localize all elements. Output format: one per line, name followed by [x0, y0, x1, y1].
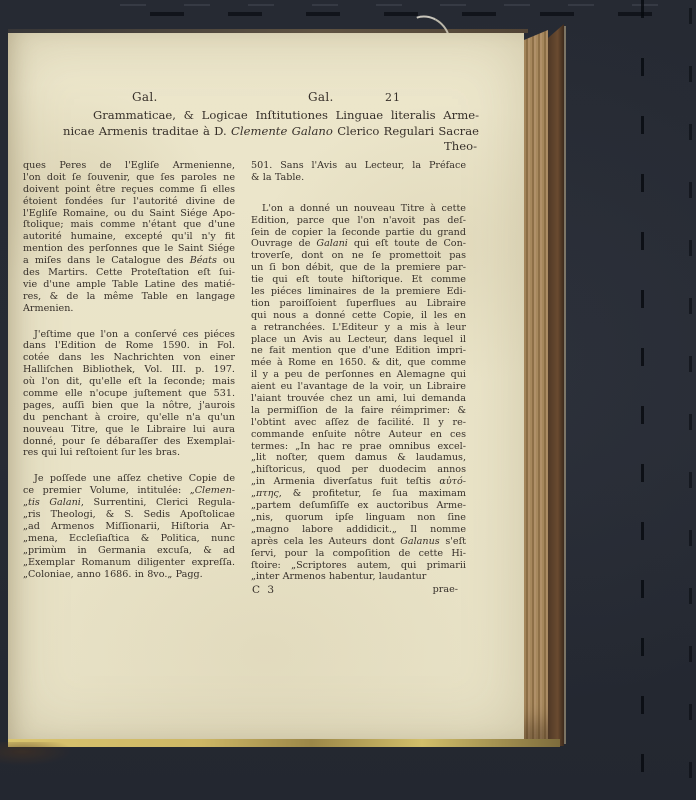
book-cover-edge: [548, 24, 564, 746]
text-line: cotée dans les Nachrichten von einer: [23, 352, 235, 364]
text-line: termes: „In hac re prae omnibus excel-: [251, 441, 466, 453]
film-dash-vertical-outer: [689, 0, 692, 800]
text-line: a retranchées. L'Editeur y a mis à leur: [251, 322, 466, 334]
text-line: qui nous a donné cette Copie, il les en: [251, 310, 466, 322]
text-line: l'aiant trouvée chez un ami, lui demanda: [251, 393, 466, 405]
text-line: nouveau Titre, que le Libraire lui aura: [23, 424, 235, 436]
text-line: Edition, parce que l'on n'avoit pas deſ-: [251, 215, 466, 227]
signature-mark: C 3: [252, 584, 276, 596]
text-line: autorité humaine, excepté qu'il n'y fit: [23, 231, 235, 243]
paragraph: 501. Sans l'Avis au Lecteur, la Préface&…: [251, 160, 466, 184]
title-line: Theo-: [63, 139, 479, 155]
catchword: prae-: [433, 584, 458, 595]
text-line: res qui lui reſtoient ſur les bras.: [23, 447, 235, 459]
text-line: „nis, quorum ipſe linguam non ſine: [251, 512, 466, 524]
text-line: „hiſtoricus, quod per duodecim annos: [251, 464, 466, 476]
text-line: doivent point être reçues comme ſi elles: [23, 184, 235, 196]
book-page: Gal. Gal. 21 Grammaticae, & Logicae Inſt…: [8, 33, 524, 739]
text-line: dans l'Edition de Rome 1590. in Fol.: [23, 340, 235, 352]
text-line: ſtoire: „Scriptores autem, qui primarii: [251, 560, 466, 572]
text-line: „inter Armenos habentur, laudantur: [251, 571, 466, 583]
text-line: ques Peres de l'Egliſe Armenienne,: [23, 160, 235, 172]
text-line: du penchant à croire, qu'elle n'a qu'un: [23, 412, 235, 424]
text-line: ſtolique; mais comme n'étant que d'une: [23, 219, 235, 231]
text-line: ſein de copier la ſeconde partie du gran…: [251, 227, 466, 239]
text-line: donné, pour ſe débaraſſer des Exemplai-: [23, 436, 235, 448]
text-line: „lit noſter, quem damus & laudamus,: [251, 452, 466, 464]
text-line: „Exemplar Romanum diligenter expreſſa.: [23, 557, 235, 569]
text-line: Je poſſede une aſſez chetive Copie de: [23, 473, 235, 485]
text-line: où l'on dit, qu'elle eſt la ſeconde; mai…: [23, 376, 235, 388]
paragraph: Je poſſede une aſſez chetive Copie dece …: [23, 473, 235, 580]
title-line: nicae Armenis traditae à D. Clemente Gal…: [63, 124, 479, 140]
text-line: Halliſchen Bibliothek, Vol. III. p. 197.: [23, 364, 235, 376]
text-line: L'on a donné un nouveau Titre à cette: [251, 203, 466, 215]
text-line: „partem deſumſiſſe ex auctoribus Arme-: [251, 500, 466, 512]
text-line: res, & de la même Table en langage: [23, 291, 235, 303]
text-line: Ouvrage de Galani qui eſt toute de Con-: [251, 238, 466, 250]
text-line: a miſes dans le Catalogue des Béats ou: [23, 255, 235, 267]
text-line: il y a peu de perſonnes en Alemagne qui: [251, 369, 466, 381]
film-dash-vertical-inner: [641, 0, 644, 800]
text-line: ce premier Volume, intitulée: „Clemen-: [23, 485, 235, 497]
running-head-center: Gal.: [308, 90, 334, 104]
text-line: un ſi bon débit, que de la premiere par-: [251, 262, 466, 274]
text-line: pages, auſſi bien que la nôtre, j'aurois: [23, 400, 235, 412]
text-line: après cela les Auteurs dont Galanus s'eſ…: [251, 536, 466, 548]
column-right: 501. Sans l'Avis au Lecteur, la Préface&…: [251, 160, 466, 583]
text-line: J'eſtime que l'on a conſervé ces piéces: [23, 329, 235, 341]
paragraph: J'eſtime que l'on a conſervé ces piécesd…: [23, 329, 235, 460]
text-line: des Martirs. Cette Proteſtation eſt ſui-: [23, 267, 235, 279]
text-line: commande enſuite nôtre Auteur en ces: [251, 429, 466, 441]
text-line: „Coloniae, anno 1686. in 8vo.„ Pagg.: [23, 569, 235, 581]
text-line: „magno labore addidicit.„ Il nomme: [251, 524, 466, 536]
text-line: 501. Sans l'Avis au Lecteur, la Préface: [251, 160, 466, 172]
text-line: l'Egliſe Romaine, ou du Saint Siége Apo-: [23, 208, 235, 220]
text-line: „ad Armenos Miſſionarii, Hiſtoria Ar-: [23, 521, 235, 533]
text-line: mention des perſonnes que le Saint Siége: [23, 243, 235, 255]
text-line: & la Table.: [251, 172, 466, 184]
column-left: ques Peres de l'Egliſe Armenienne,l'on d…: [23, 160, 235, 583]
page-bottom-edges: [8, 739, 560, 747]
text-line: „tis Galani, Surrentini, Clerici Regula-: [23, 497, 235, 509]
text-line: étoient fondées ſur l'autorité divine de: [23, 196, 235, 208]
text-line: „ris Theologi, & S. Sedis Apoſtolicae: [23, 509, 235, 521]
running-head-left: Gal.: [132, 90, 158, 104]
text-line: les piéces liminaires de la premiere Edi…: [251, 286, 466, 298]
paragraph: L'on a donné un nouveau Titre à cetteEdi…: [251, 203, 466, 584]
text-columns: ques Peres de l'Egliſe Armenienne,l'on d…: [23, 160, 466, 583]
text-line: comme elle n'ocupe juſtement que 531.: [23, 388, 235, 400]
page-number: 21: [385, 91, 401, 104]
text-line: ne fait mention que d'une Edition impri-: [251, 345, 466, 357]
microfilm-scan: Gal. Gal. 21 Grammaticae, & Logicae Inſt…: [0, 0, 696, 800]
title-line: Grammaticae, & Logicae Inſtitutiones Lin…: [63, 108, 479, 124]
text-line: tie qui eſt toute hiſtorique. Et comme: [251, 274, 466, 286]
text-line: „in Armenia diverſatus fuit teſtis αὐτό-: [251, 476, 466, 488]
text-line: vie d'une ample Table Latine des matié-: [23, 279, 235, 291]
film-dash-horizontal-light: [120, 4, 696, 6]
text-line: l'on doit ſe ſouvenir, que ſes paroles n…: [23, 172, 235, 184]
text-line: tion paroiſſoient ſuperflues au Libraire: [251, 298, 466, 310]
book-fore-edge: [524, 30, 548, 742]
text-line: Armenien.: [23, 303, 235, 315]
entry-title: Grammaticae, & Logicae Inſtitutiones Lin…: [63, 108, 479, 155]
text-line: l'obtint avec aſſez de facilité. Il y re…: [251, 417, 466, 429]
bottom-left-shadow: [0, 742, 74, 766]
cover-edge-highlight: [564, 26, 566, 744]
text-line: place un Avis au Lecteur, dans lequel il: [251, 334, 466, 346]
text-line: aient eu l'avantage de la voir, un Libra…: [251, 381, 466, 393]
text-line: mée à Rome en 1650. & dit, que comme: [251, 357, 466, 369]
text-line: la permiſſion de la faire réimprimer: &: [251, 405, 466, 417]
text-line: ſervi, pour la compoſition de cette Hi-: [251, 548, 466, 560]
paragraph: ques Peres de l'Egliſe Armenienne,l'on d…: [23, 160, 235, 315]
text-line: troverſe, dont on ne ſe promettoit pas: [251, 250, 466, 262]
text-line: „πτης, & profitetur, ſe ſua maximam: [251, 488, 466, 500]
text-line: „mena, Eccleſiaſtica & Politica, nunc: [23, 533, 235, 545]
text-line: „primùm in Germania excuſa, & ad: [23, 545, 235, 557]
